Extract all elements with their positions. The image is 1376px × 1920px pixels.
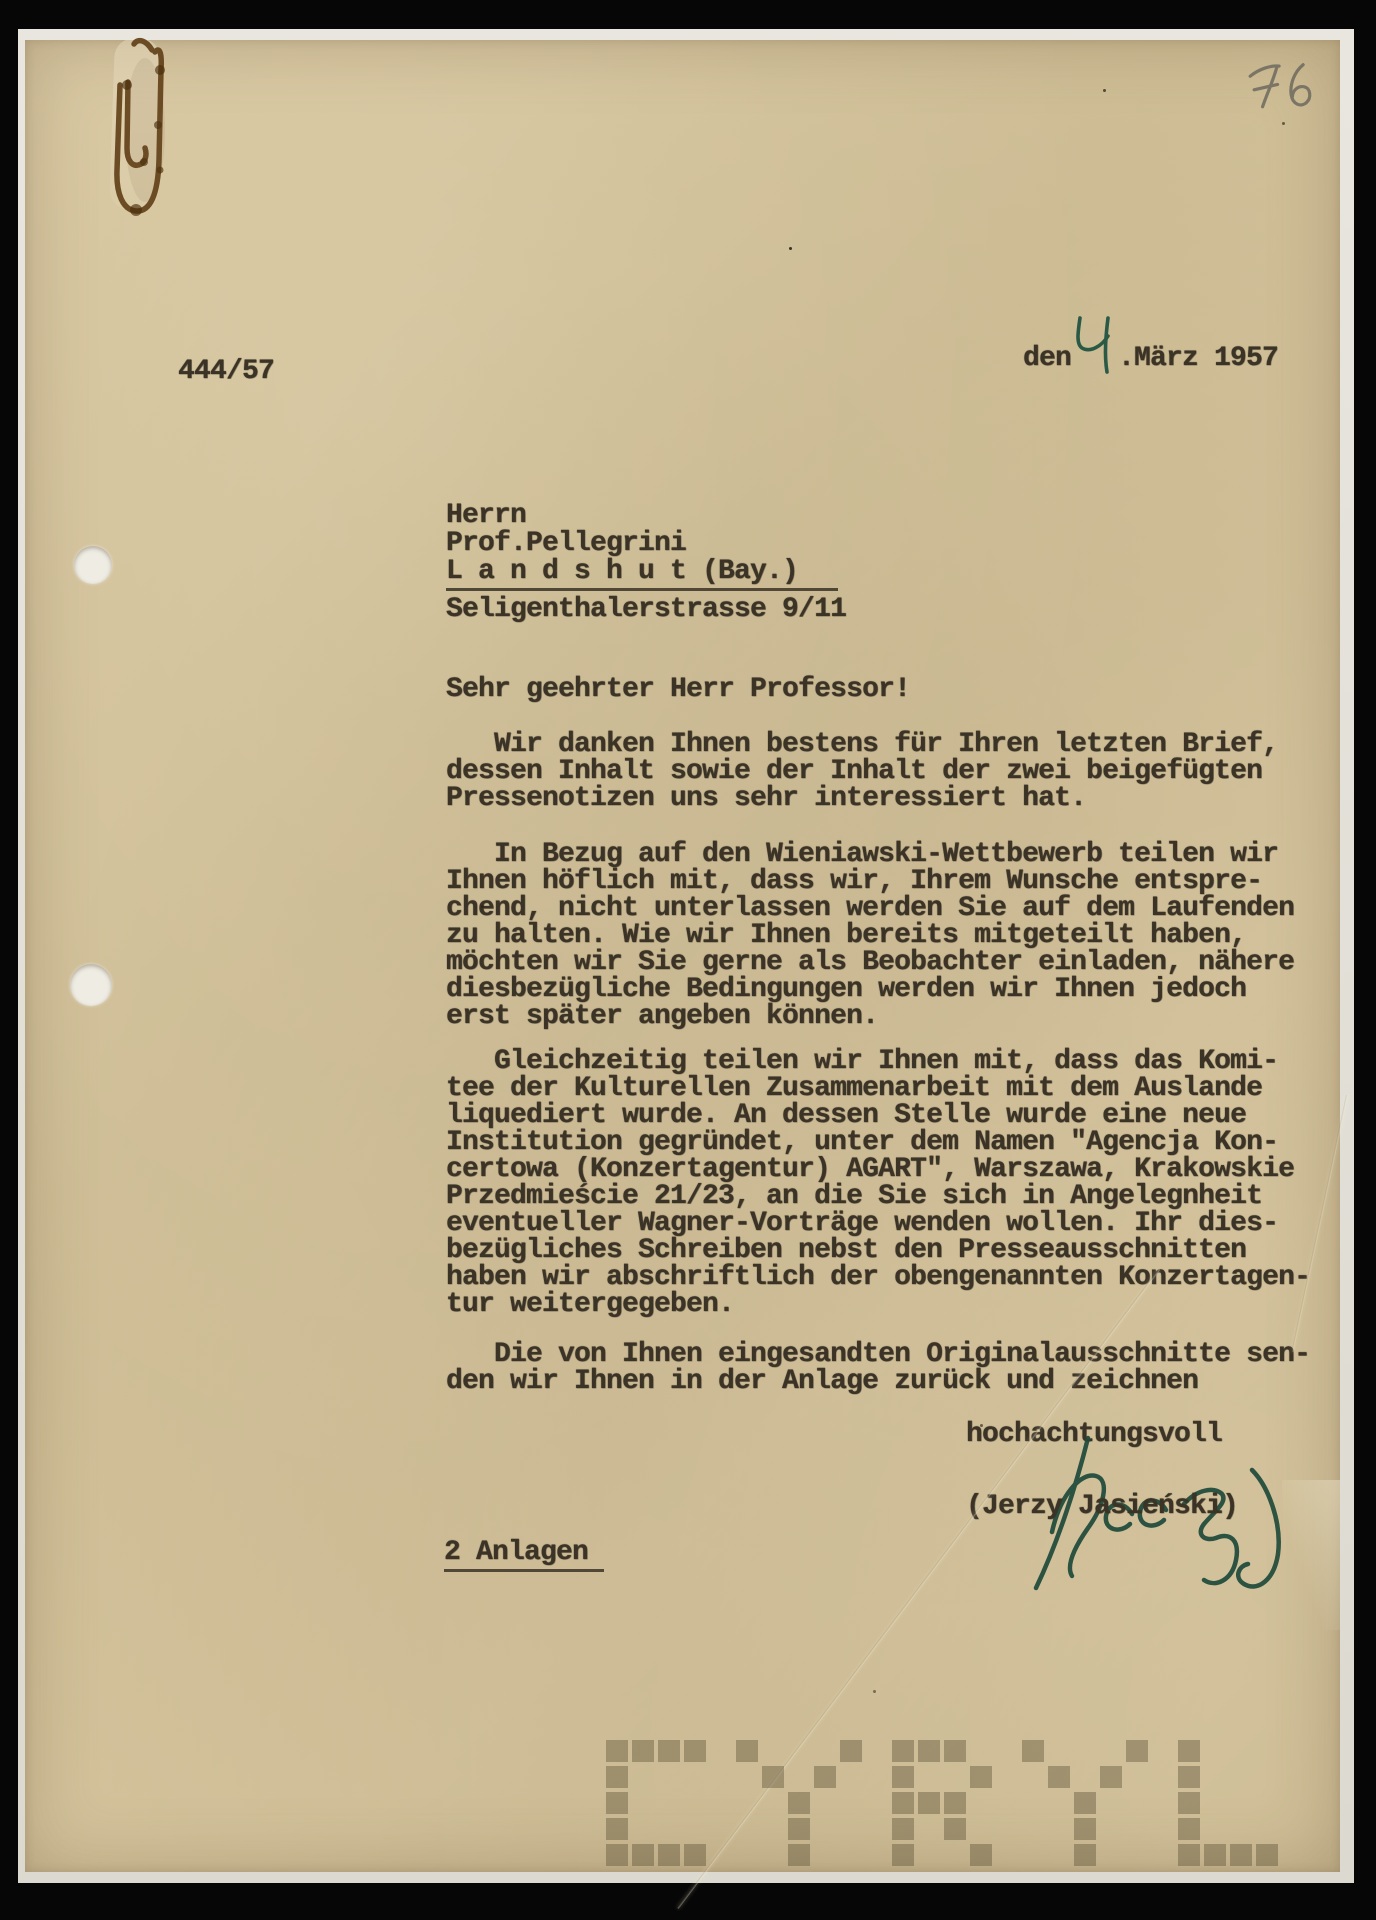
paragraph-1: Wir danken Ihnen bestens für Ihren letzt… [446,731,1278,812]
watermark-pixel [1074,1818,1096,1840]
watermark-pixel [892,1766,914,1788]
watermark-pixel [1100,1766,1122,1788]
watermark-pixel [762,1766,784,1788]
watermark-pixel [632,1844,654,1866]
hole-punch-bottom [70,964,112,1006]
watermark-pixel [606,1766,628,1788]
watermark-pixel [658,1844,680,1866]
watermark-pixel [1256,1844,1278,1866]
watermark-pixel [1126,1740,1148,1762]
watermark-pixel [944,1792,966,1814]
paperclip-rust-stain [100,30,190,225]
watermark-pixel [1178,1844,1200,1866]
reference-number: 444/57 [178,358,274,385]
watermark-pixel [1204,1844,1226,1866]
handwritten-day-ink [1072,314,1116,378]
enclosures-note: 2 Anlagen [444,1539,604,1566]
watermark-pixel [736,1740,758,1762]
paper-corner-fold [1282,1480,1340,1630]
watermark-pixel [840,1740,862,1762]
watermark-pixel [1178,1766,1200,1788]
scanned-letter-page: { "document_type": "typewritten letter (… [0,0,1376,1920]
watermark-pixel [892,1792,914,1814]
watermark-pixel [892,1818,914,1840]
watermark-pixel [1074,1844,1096,1866]
watermark-pixel [606,1818,628,1840]
date-suffix: .März 1957 [1118,345,1278,372]
paragraph-3: Gleichzeitig teilen wir Ihnen mit, dass … [446,1048,1310,1318]
watermark-pixel [788,1844,810,1866]
watermark-pixel [1022,1740,1044,1762]
enclosures-underlined: 2 Anlagen [444,1537,604,1572]
paragraph-4: Die von Ihnen eingesandten Originalaussc… [446,1341,1310,1395]
recipient-line-name: Prof.Pellegrini [446,530,686,557]
recipient-line-city: L a n d s h u t (Bay.) [446,558,838,585]
watermark-pixel [918,1792,940,1814]
watermark-pixel [1230,1844,1252,1866]
watermark-pixel [684,1844,706,1866]
watermark-pixel [788,1818,810,1840]
watermark-pixel [970,1844,992,1866]
hole-punch-top [74,546,112,584]
watermark-pixel [918,1740,940,1762]
watermark-pixel [606,1844,628,1866]
watermark-pixel [814,1766,836,1788]
watermark-pixel [632,1740,654,1762]
watermark-pixel [606,1740,628,1762]
watermark-pixel [606,1792,628,1814]
watermark-pixel [892,1740,914,1762]
city-underlined: L a n d s h u t (Bay.) [446,556,838,591]
watermark-pixel [944,1818,966,1840]
watermark-pixel [658,1740,680,1762]
signature-name: (Jerzy Jasieński) [966,1493,1238,1520]
watermark-pixel [1048,1766,1070,1788]
watermark-pixel [1178,1792,1200,1814]
paragraph-2: In Bezug auf den Wieniawski-Wettbewerb t… [446,841,1294,1030]
cyryl-watermark [606,1740,1282,1870]
watermark-pixel [970,1766,992,1788]
watermark-pixel [892,1844,914,1866]
watermark-pixel [944,1740,966,1762]
date-prefix: den [1023,345,1071,372]
watermark-pixel [684,1740,706,1762]
salutation: Sehr geehrter Herr Professor! [446,676,910,703]
watermark-pixel [788,1792,810,1814]
watermark-pixel [1074,1792,1096,1814]
pencil-page-number [1244,54,1317,121]
paper-specks [789,247,792,250]
watermark-pixel [1178,1740,1200,1762]
watermark-pixel [1178,1818,1200,1840]
recipient-line-herrn: Herrn [446,502,526,529]
recipient-line-street: Seligenthalerstrasse 9/11 [446,596,846,623]
